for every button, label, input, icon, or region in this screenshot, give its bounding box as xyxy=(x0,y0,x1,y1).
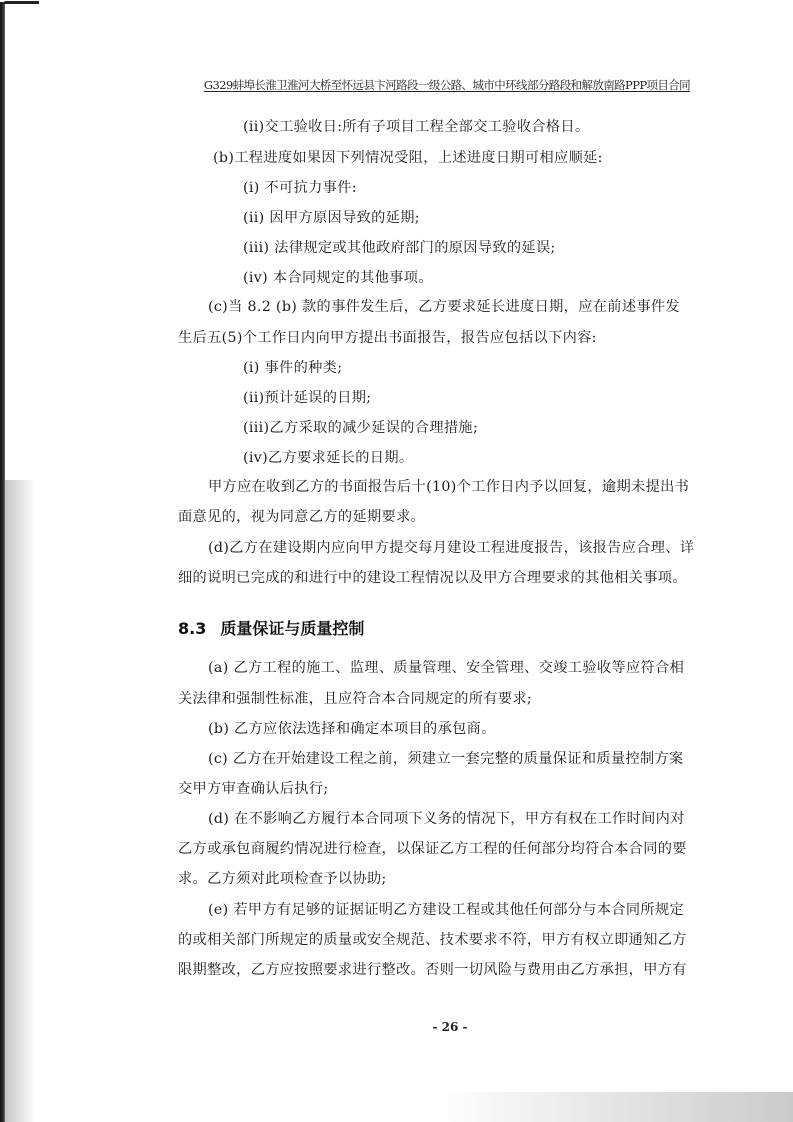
text-line: (b) 乙方应依法选择和确定本项目的承包商。 xyxy=(208,720,496,738)
text-line: 甲方应在收到乙方的书面报告后十(10)个工作日内予以回复，逾期未提出书 xyxy=(208,478,689,496)
text-line: (d)乙方在建设期内应向甲方提交每月建设工程进度报告，该报告应合理、详 xyxy=(208,539,694,557)
text-line: (iii) 法律规定或其他政府部门的原因导致的延误; xyxy=(243,239,556,257)
section-heading: 8.3质量保证与质量控制 xyxy=(178,616,364,639)
text-line: (c)当 8.2 (b) 款的事件发生后，乙方要求延长进度日期，应在前述事件发 xyxy=(208,298,680,316)
text-line: 面意见的，视为同意乙方的延期要求。 xyxy=(178,508,425,526)
text-line: (e) 若甲方有足够的证据证明乙方建设工程或其他任何部分与本合同所规定 xyxy=(208,901,684,919)
text-line: (ii)预计延误的日期; xyxy=(243,389,371,407)
section-number: 8.3 xyxy=(178,619,206,638)
scan-shadow-bottom xyxy=(0,1092,793,1122)
scan-border-top xyxy=(3,1,39,4)
text-line: (iii)乙方采取的减少延误的合理措施; xyxy=(243,419,478,437)
text-line: 生后五(5)个工作日内向甲方提出书面报告，报告应包括以下内容: xyxy=(178,329,597,347)
text-line: (ii) 因甲方原因导致的延期; xyxy=(243,209,420,227)
text-line: 关法律和强制性标准，且应符合本合同规定的所有要求; xyxy=(178,690,532,708)
text-line: 的或相关部门所规定的质量或安全规范、技术要求不符，甲方有权立即通知乙方 xyxy=(178,931,687,949)
text-line: (iv) 本合同规定的其他事项。 xyxy=(243,269,433,287)
text-line: 乙方或承包商履约情况进行检查，以保证乙方工程的任何部分均符合本合同的要 xyxy=(178,840,687,858)
text-line: (i) 不可抗力事件: xyxy=(243,179,357,197)
text-line: 求。乙方须对此项检查予以协助; xyxy=(178,870,387,888)
text-line: 限期整改，乙方应按照要求进行整改。否则一切风险与费用由乙方承担，甲方有 xyxy=(178,961,687,979)
section-title: 质量保证与质量控制 xyxy=(220,619,364,638)
text-line: 细的说明已完成的和进行中的建设工程情况以及甲方合理要求的其他相关事项。 xyxy=(178,569,687,587)
text-line: (ii)交工验收日:所有子项目工程全部交工验收合格日。 xyxy=(243,118,590,136)
text-line: (a) 乙方工程的施工、监理、质量管理、安全管理、交竣工验收等应符合相 xyxy=(208,659,684,677)
page-number: - 26 - xyxy=(420,1020,480,1034)
scan-shadow-left xyxy=(5,480,35,1122)
text-line: (b)工程进度如果因下列情况受阻，上述进度日期可相应顺延: xyxy=(213,149,603,167)
text-line: (c) 乙方在开始建设工程之前，须建立一套完整的质量保证和质量控制方案 xyxy=(208,750,684,768)
text-line: (iv)乙方要求延长的日期。 xyxy=(243,449,413,467)
running-header: G329蚌埠长淮卫淮河大桥至怀远县卞河路段一级公路、城市中环线部分路段和解放南路… xyxy=(197,77,697,93)
text-line: (i) 事件的种类; xyxy=(243,359,342,377)
text-line: 交甲方审查确认后执行; xyxy=(178,780,329,798)
text-line: (d) 在不影响乙方履行本合同项下义务的情况下，甲方有权在工作时间内对 xyxy=(208,810,685,828)
